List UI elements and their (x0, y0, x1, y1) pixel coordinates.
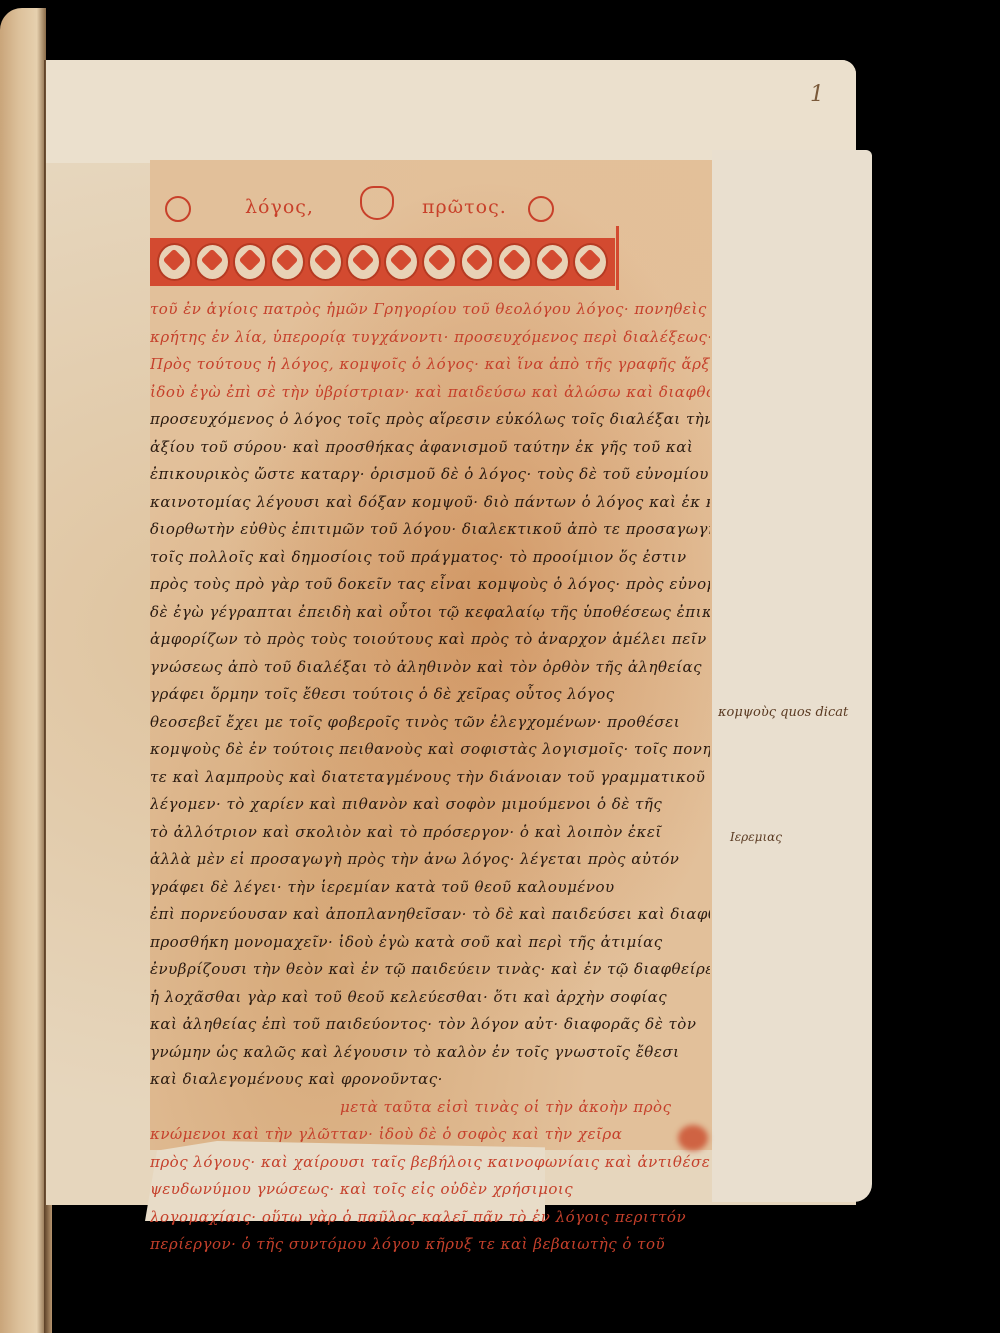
text-line: ἐνυβρίζουσι τὴν θεὸν καὶ ἐν τῷ παιδεύειν… (150, 956, 710, 984)
medallion-icon (308, 243, 343, 281)
text-line: καὶ διαλεγομένους καὶ φρονοῦντας· (150, 1066, 710, 1094)
text-line: ἰδοὺ ἐγὼ ἐπὶ σὲ τὴν ὑβρίστριαν· καὶ παιδ… (150, 379, 710, 407)
text-line: καὶ ἀληθείας ἐπὶ τοῦ παιδεύοντος· τὸν λό… (150, 1011, 710, 1039)
medallion-icon (497, 243, 532, 281)
text-line: Πρὸς τούτους ἡ λόγος, κομψοῖς ὁ λόγος· κ… (150, 351, 710, 379)
right-paper-guard (712, 150, 872, 1202)
text-line: κομψοὺς δὲ ἐν τούτοις πειθανοὺς καὶ σοφι… (150, 736, 710, 764)
text-line: γνώμην ὡς καλῶς καὶ λέγουσιν τὸ καλὸν ἐν… (150, 1039, 710, 1067)
text-line: τὸ ἀλλότριον καὶ σκολιὸν καὶ τὸ πρόσεργο… (150, 819, 710, 847)
text-line: κρήτης ἐν λία, ὑπερορίᾳ τυγχάνοντι· προσ… (150, 324, 710, 352)
medallion-icon (573, 243, 608, 281)
text-line: κνώμενοι καὶ τὴν γλῶτταν· ἰδοὺ δὲ ὁ σοφὸ… (150, 1121, 710, 1149)
top-paper-guard (46, 60, 856, 163)
knot-ornament-icon (528, 196, 554, 222)
text-line: ἀμφορίζων τὸ πρὸς τοὺς τοιούτους καὶ πρὸ… (150, 626, 710, 654)
text-line: καινοτομίας λέγουσι καὶ δόξαν κομψοῦ· δι… (150, 489, 710, 517)
text-line: πρὸς τοὺς πρὸ γὰρ τοῦ δοκεῖν τας εἶναι κ… (150, 571, 710, 599)
marginal-note: Ιερεμιας (730, 830, 782, 844)
medallion-icon (535, 243, 570, 281)
medallion-icon (195, 243, 230, 281)
text-line: ἡ λοχᾶσθαι γὰρ καὶ τοῦ θεοῦ κελεύεσθαι· … (150, 984, 710, 1012)
medallion-icon (157, 243, 192, 281)
text-line: λογομαχίαις· οὕτω γὰρ ὁ παῦλος καλεῖ πᾶν… (150, 1204, 710, 1232)
text-line: τοῦ ἐν ἁγίοις πατρὸς ἡμῶν Γρηγορίου τοῦ … (150, 296, 710, 324)
text-line: γράφει δὲ λέγει· τὴν ἱερεμίαν κατὰ τοῦ θ… (150, 874, 710, 902)
left-book-leaf (0, 8, 46, 1333)
text-line: μετὰ ταῦτα εἰσὶ τινὰς οἱ τὴν ἀκοὴν πρὸς (150, 1094, 710, 1122)
medallion-icon (422, 243, 457, 281)
text-line: ἐπὶ πορνεύουσαν καὶ ἀποπλανηθεῖσαν· τὸ δ… (150, 901, 710, 929)
text-line: γράφει ὅρμην τοῖς ἔθεσι τούτοις ὁ δὲ χεῖ… (150, 681, 710, 709)
medallion-icon (233, 243, 268, 281)
text-line: ἀξίου τοῦ σύρου· καὶ προσθήκας ἀφανισμοῦ… (150, 434, 710, 462)
text-line: προσευχόμενος ὁ λόγος τοῖς πρὸς αἵρεσιν … (150, 406, 710, 434)
folio-number: 1 (810, 82, 824, 107)
text-line: ψευδωνύμου γνώσεως· καὶ τοῖς εἰς οὐδὲν χ… (150, 1176, 710, 1204)
medallion-icon (346, 243, 381, 281)
text-line: τε καὶ λαμπροὺς καὶ διατεταγμένους τὴν δ… (150, 764, 710, 792)
text-line: τοῖς πολλοῖς καὶ δημοσίοις τοῦ πράγματος… (150, 544, 710, 572)
heading-word-logos: λόγος, (245, 196, 314, 218)
heading-word-protos: πρῶτος. (422, 196, 507, 218)
medallion-icon (270, 243, 305, 281)
marginal-note: κομψοὺς quos dicat (718, 705, 848, 720)
rubric-heading: λόγος, πρῶτος. (150, 190, 712, 230)
text-line: διορθωτὴν εὐθὺς ἐπιτιμῶν τοῦ λόγου· διαλ… (150, 516, 710, 544)
text-line: προσθήκη μονομαχεῖν· ἰδοὺ ἐγὼ κατὰ σοῦ κ… (150, 929, 710, 957)
text-line: ἐπικουρικὸς ὤστε καταργ· ὁρισμοῦ δὲ ὁ λό… (150, 461, 710, 489)
headpiece-band (150, 238, 615, 286)
text-line: δὲ ἐγὼ γέγραπται ἐπειδὴ καὶ οὗτοι τῷ κεφ… (150, 599, 710, 627)
fleuron-ornament-icon (360, 186, 394, 220)
headpiece-finial-icon (616, 226, 645, 290)
text-line: θεοσεβεῖ ἔχει με τοῖς φοβεροῖς τινὸς τῶν… (150, 709, 710, 737)
text-line: γνώσεως ἀπὸ τοῦ διαλέξαι τὸ ἀληθινὸν καὶ… (150, 654, 710, 682)
text-line: λέγομεν· τὸ χαρίεν καὶ πιθανὸν καὶ σοφὸν… (150, 791, 710, 819)
text-line: ἀλλὰ μὲν εἰ προσαγωγὴ πρὸς τὴν ἀνω λόγος… (150, 846, 710, 874)
medallion-icon (384, 243, 419, 281)
medallion-icon (460, 243, 495, 281)
text-line: περίεργον· ὁ τῆς συντόμου λόγου κῆρυξ τε… (150, 1231, 710, 1259)
knot-ornament-icon (165, 196, 191, 222)
text-line: πρὸς λόγους· καὶ χαίρουσι ταῖς βεβήλοις … (150, 1149, 710, 1177)
main-text-column: τοῦ ἐν ἁγίοις πατρὸς ἡμῶν Γρηγορίου τοῦ … (150, 296, 710, 1259)
red-ink-stain (678, 1125, 708, 1151)
